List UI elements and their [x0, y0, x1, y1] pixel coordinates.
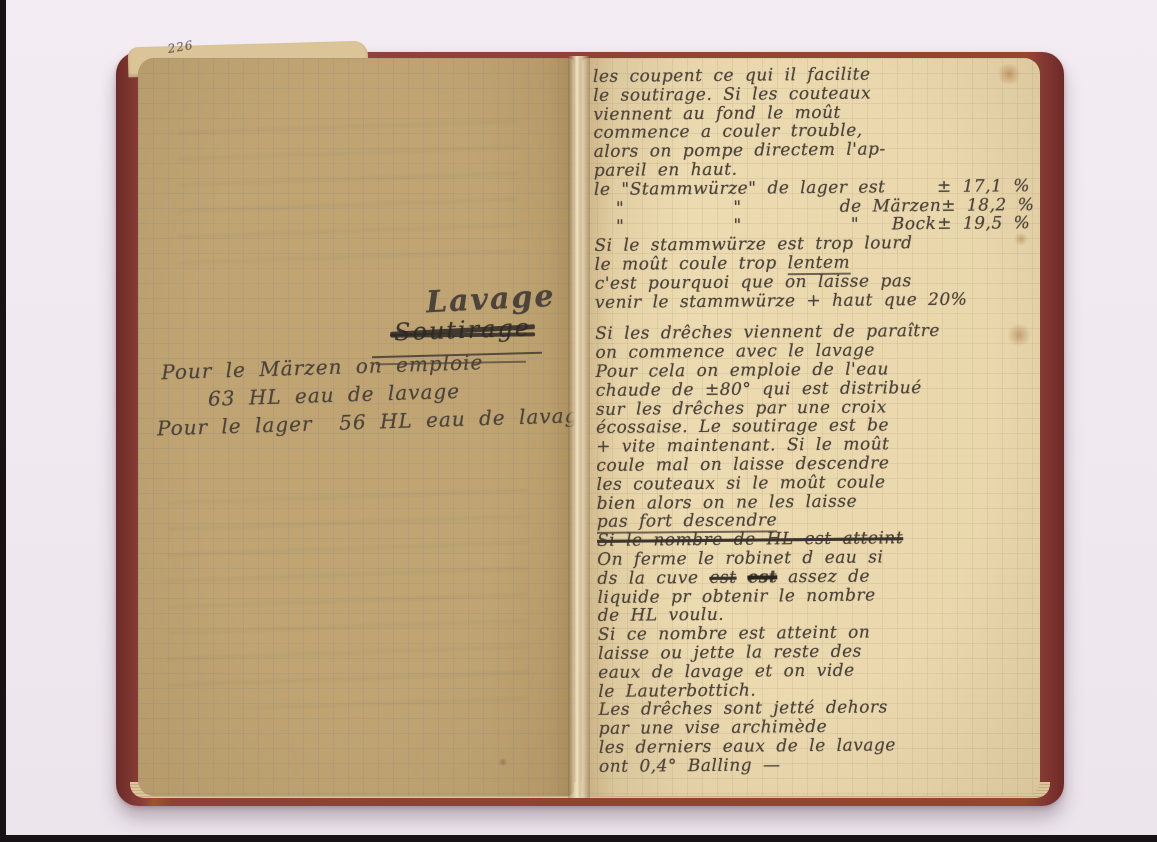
right-page-text: les coupent ce qui il facilitele soutira…: [593, 64, 1035, 776]
handwriting-segment: eaux de lavage et on vide: [598, 660, 855, 682]
handwriting-segment: alors on pompe directem l'ap-: [594, 140, 886, 163]
notebook-book: 226 Lavage Soutirage Pour le Märzen on e…: [116, 52, 1064, 806]
handwriting-segment: assez de: [777, 566, 870, 587]
handwriting-segment: [736, 567, 747, 587]
handwriting-segment: de HL voulu.: [598, 605, 725, 626]
handwriting-segment: est: [709, 567, 736, 587]
left-page-crossed-word: Soutirage: [394, 314, 532, 347]
handwriting-segment: liquide pr obtenir le nombre: [597, 585, 875, 607]
left-page: Lavage Soutirage Pour le Märzen on emplo…: [138, 58, 574, 796]
handwriting-segment: bien alors on ne les laisse: [597, 491, 858, 513]
stain: [498, 758, 508, 766]
handwriting-segment: ± 17,1 %: [937, 177, 1030, 197]
handwriting-paragraph: Si les drêches viennent de paraîtreon co…: [595, 321, 1033, 532]
scanner-edge-left: [0, 0, 6, 842]
handwriting-paragraph: Si le nombre de HL est atteintOn ferme l…: [597, 528, 1034, 626]
handwriting-paragraph: Si ce nombre est atteint onlaisse ou jet…: [598, 622, 1035, 776]
gutter-crease: [579, 56, 581, 798]
handwriting-segment: ± 19,5 %: [937, 214, 1030, 234]
scanner-edge-bottom: [0, 835, 1157, 842]
right-page: les coupent ce qui il facilitele soutira…: [582, 58, 1040, 796]
handwriting-line: venir le stammwürze + haut que 20%: [595, 290, 1031, 313]
left-page-text: Pour le Märzen on emploie63 HL eau de la…: [155, 346, 567, 443]
handwriting-line: ont 0,4° Balling —: [599, 754, 1035, 777]
handwriting-segment: ds la cuve: [597, 568, 709, 589]
ink-bleedthrough: [168, 488, 528, 708]
handwriting-segment: pareil en haut.: [594, 160, 738, 181]
handwriting-segment: ont 0,4° Balling —: [599, 755, 781, 777]
handwriting-paragraph: le "Stammwürze" de lager est± 17,1 % " "…: [594, 177, 1030, 237]
ink-bleedthrough: [178, 118, 518, 268]
crossed-out-word: Soutirage: [394, 314, 532, 347]
handwriting-segment: venir le stammwürze + haut que 20%: [595, 289, 968, 312]
handwriting-segment: ± 18,2 %: [941, 196, 1034, 216]
page-edge-number: 226: [167, 38, 195, 56]
handwriting-segment: est: [747, 567, 777, 587]
handwriting-paragraph: Si le stammwürze est trop lourdle moût c…: [594, 233, 1031, 312]
notebook-scan: 226 Lavage Soutirage Pour le Märzen on e…: [0, 0, 1157, 842]
handwriting-paragraph: les coupent ce qui il facilitele soutira…: [593, 64, 1030, 181]
